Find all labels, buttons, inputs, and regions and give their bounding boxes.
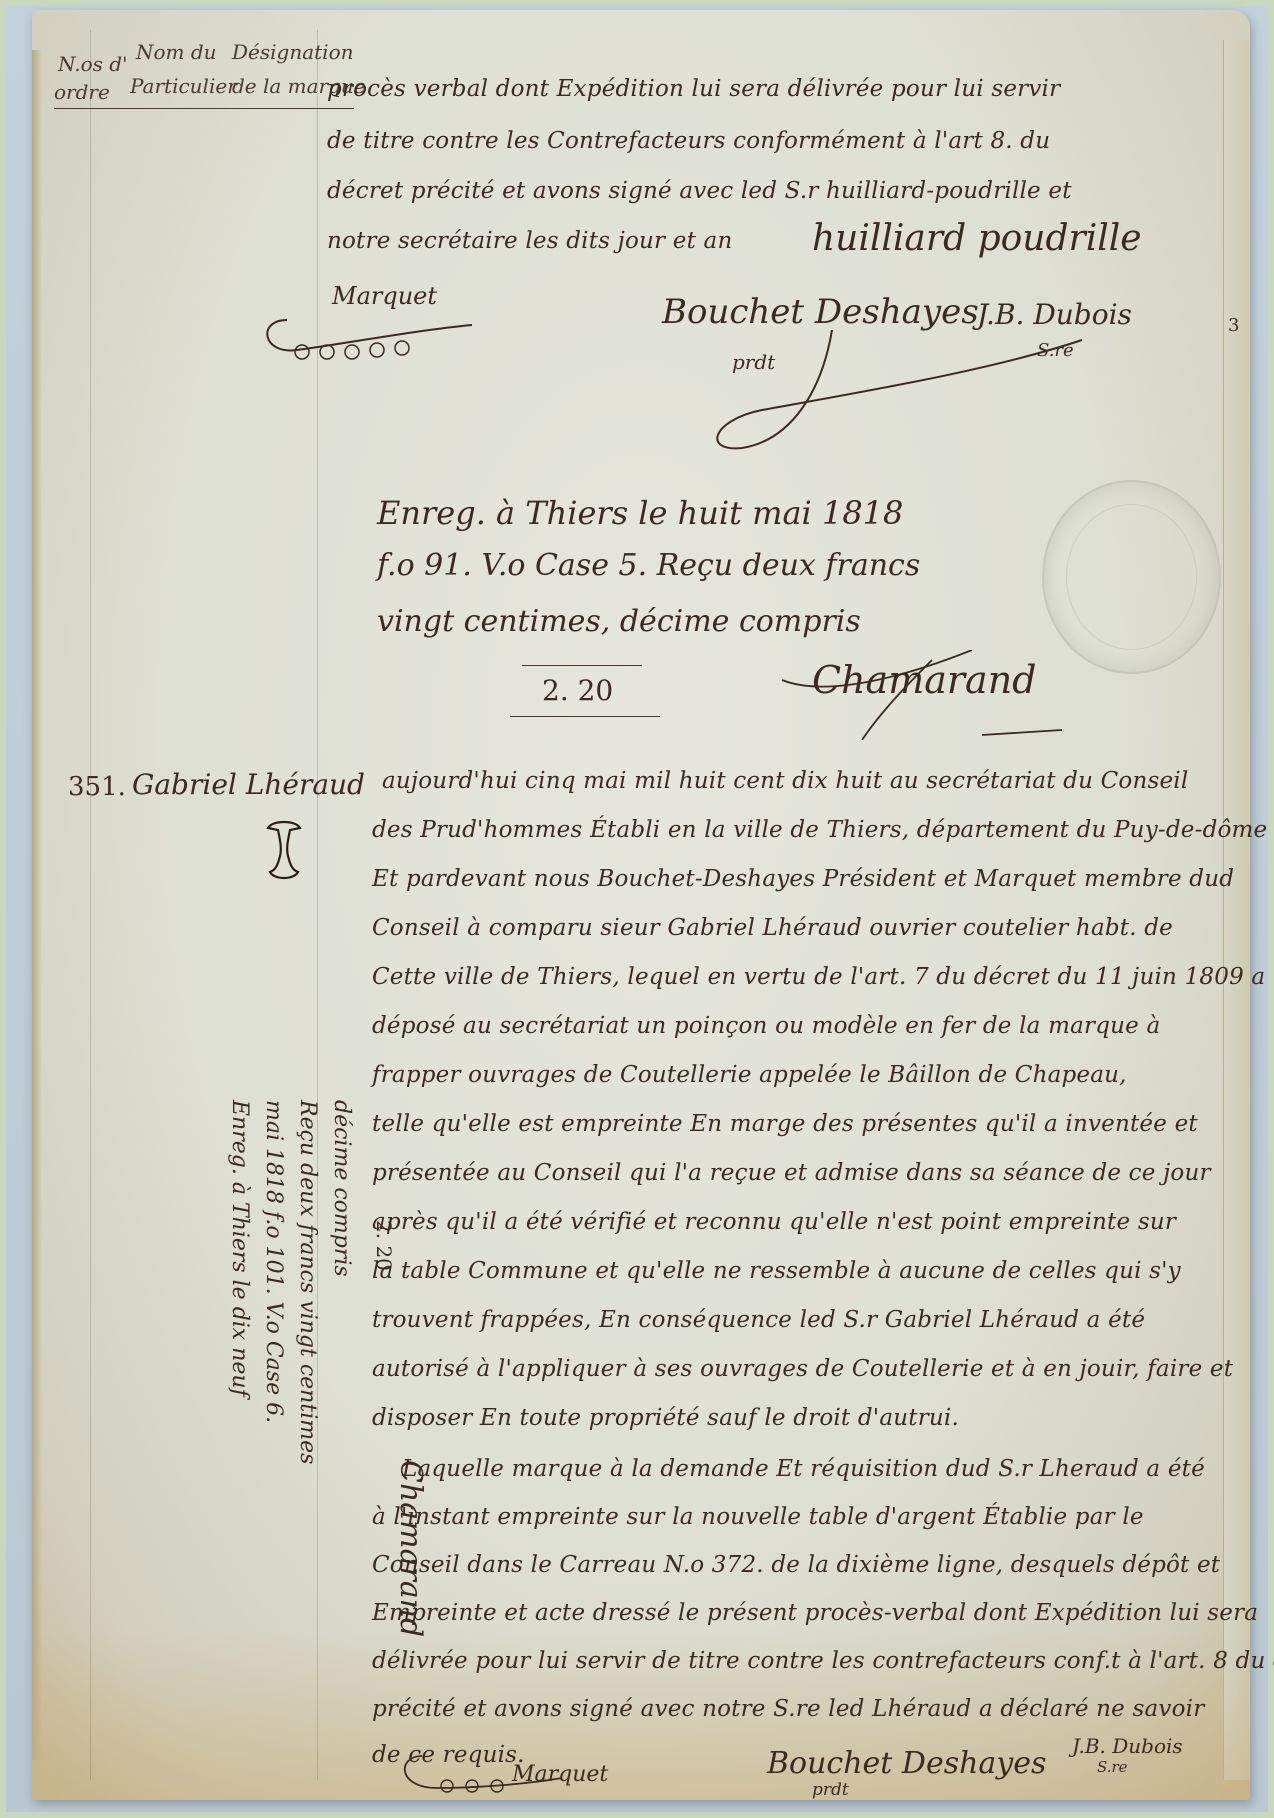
depositor-signature: huilliard poudrille	[812, 218, 1142, 259]
text-line: disposer En toute propriété sauf le droi…	[372, 1405, 959, 1431]
bottom-mark-flourish-icon	[397, 1748, 567, 1798]
right-edge-number: 3	[1228, 315, 1239, 336]
text-line: la table Commune et qu'elle ne ressemble…	[372, 1258, 1181, 1284]
margin-note-amount: 2. 20	[372, 1220, 396, 1271]
margin-note-signature: Chamarand	[393, 1460, 428, 1637]
column-rule-order	[90, 30, 91, 1780]
text-line: à l'instant empreinte sur la nouvelle ta…	[372, 1504, 1144, 1530]
entry-name: Gabriel Lhéraud	[132, 768, 365, 801]
text-line: après qu'il a été vérifié et reconnu qu'…	[372, 1209, 1176, 1235]
text-line: des Prud'hommes Établi en la ville de Th…	[372, 817, 1267, 843]
text-line: Laquelle marque à la demande Et réquisit…	[402, 1456, 1205, 1482]
text-line: Empreinte et acte dressé le présent proc…	[372, 1600, 1258, 1626]
header-name-line1: Nom du	[136, 40, 217, 64]
text-line: Conseil à comparu sieur Gabriel Lhéraud …	[372, 915, 1173, 941]
text-line: Cette ville de Thiers, lequel en vertu d…	[372, 964, 1265, 990]
text-line: de titre contre les Contrefacteurs confo…	[327, 128, 1050, 154]
stamp-signature-flourish-icon	[772, 650, 1072, 740]
bottom-president-title: prdt	[812, 1780, 849, 1800]
text-line: autorisé à l'appliquer à ses ouvrages de…	[372, 1356, 1233, 1382]
hat-clip-mark-icon	[264, 818, 304, 882]
bottom-secretary-title: S.re	[1097, 1758, 1128, 1776]
header-name-line2: Particulier	[130, 74, 237, 98]
text-line: trouvent frappées, En conséquence led S.…	[372, 1307, 1145, 1333]
stamp-amount: 2. 20	[542, 674, 613, 707]
mark-flourish-icon	[257, 300, 477, 370]
header-order-line1: N.os d'	[58, 52, 128, 76]
header-rule	[54, 108, 354, 109]
president-signature: Bouchet Deshayes	[662, 292, 979, 332]
bottom-secretary-signature: J.B. Dubois	[1072, 1734, 1183, 1758]
header-order-line2: ordre	[54, 80, 110, 104]
stamp-line: vingt centimes, décime compris	[377, 604, 861, 639]
header-mark-line1: Désignation	[232, 40, 354, 64]
margin-note-line: Reçu deux francs vingt centimes	[295, 1100, 320, 1464]
margin-note-line: Enreg. à Thiers le dix neuf	[227, 1100, 252, 1397]
margin-registration-note: Enreg. à Thiers le dix neuf mai 1818 f.o…	[200, 1100, 370, 1720]
text-line: déposé au secrétariat un poinçon ou modè…	[372, 1013, 1160, 1039]
embossed-seal	[1042, 480, 1221, 674]
amount-underline	[510, 716, 660, 717]
text-line: Et pardevant nous Bouchet-Deshayes Prési…	[372, 866, 1234, 892]
secretary-signature: J.B. Dubois	[977, 298, 1132, 331]
amount-overline	[522, 665, 642, 666]
signature-flourish-icon	[672, 330, 1092, 460]
page-right-edge	[1223, 40, 1250, 1780]
text-line: décret précité et avons signé avec led S…	[327, 178, 1072, 204]
stamp-line: Enreg. à Thiers le huit mai 1818	[377, 494, 903, 532]
text-line: telle qu'elle est empreinte En marge des…	[372, 1111, 1198, 1137]
stamp-line: f.o 91. V.o Case 5. Reçu deux francs	[377, 548, 920, 583]
text-line: procès verbal dont Expédition lui sera d…	[327, 76, 1060, 102]
margin-note-line: décime compris	[329, 1100, 354, 1277]
text-line: aujourd'hui cinq mai mil huit cent dix h…	[382, 768, 1188, 794]
entry-number: 351.	[68, 772, 126, 802]
manuscript-page: N.os d' ordre Nom du Particulier Désigna…	[32, 10, 1250, 1800]
text-line: présentée au Conseil qui l'a reçue et ad…	[372, 1160, 1211, 1186]
text-line: précité et avons signé avec notre S.re l…	[372, 1696, 1204, 1722]
bottom-president-signature: Bouchet Deshayes	[767, 1746, 1046, 1781]
text-line: Conseil dans le Carreau N.o 372. de la d…	[372, 1552, 1220, 1578]
page-left-edge	[32, 50, 42, 1760]
text-line: frapper ouvrages de Coutellerie appelée …	[372, 1062, 1127, 1088]
text-line: notre secrétaire les dits jour et an	[327, 228, 732, 254]
margin-note-line: mai 1818 f.o 101. V.o Case 6.	[261, 1100, 286, 1423]
text-line: délivrée pour lui servir de titre contre…	[372, 1648, 1274, 1674]
